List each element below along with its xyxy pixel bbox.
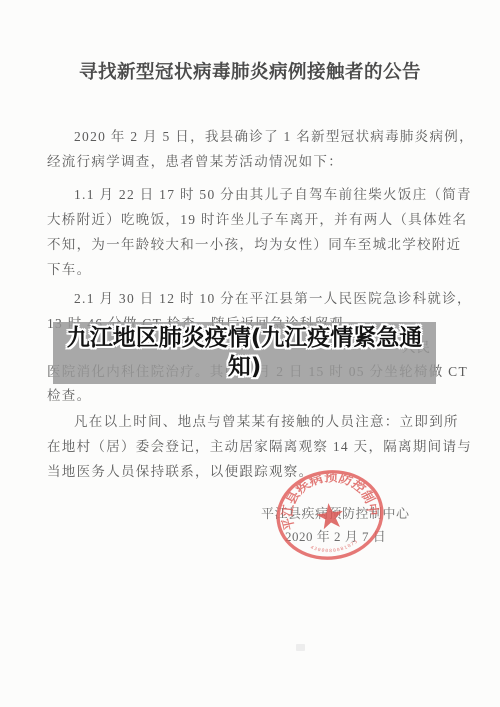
doc-line: 大桥附近）吃晚饭，19 时许坐儿子车离开，并有两人（具体姓名: [47, 208, 457, 228]
caption-line-2: 知): [228, 353, 262, 382]
doc-line: 2020 年 2 月 5 日，我县确诊了 1 名新型冠状病毒肺炎病例，: [47, 125, 484, 145]
doc-line: 2.1 月 30 日 12 时 10 分在平江县第一人民医院急诊科就诊，: [47, 287, 484, 307]
doc-line: 下车。: [47, 258, 457, 278]
doc-line: 当地医务人员保持联系，以便跟踪观察。: [47, 460, 457, 480]
scan-speck: [296, 644, 305, 651]
doc-line: 检查。: [47, 384, 457, 404]
official-seal: 平江县疾病预防控制中心 4300080081073: [263, 455, 396, 575]
caption-line-1: 九江地区肺炎疫情(九江疫情紧急通: [67, 324, 423, 353]
caption-overlay: 九江地区肺炎疫情(九江疫情紧急通 知): [53, 322, 436, 384]
doc-line: 凡在以上时间、地点与曾某某有接触的人员注意：立即到所: [47, 410, 484, 430]
doc-line: 在地村（居）委会登记，主动居家隔离观察 14 天，隔离期间请与: [47, 435, 457, 455]
doc-line: 不知，为一年龄较大和一小孩，均为女性）同车至城北学校附近: [47, 233, 457, 253]
doc-line: 经流行病学调查，患者曾某芳活动情况如下：: [47, 150, 457, 170]
scanned-notice-page: 寻找新型冠状病毒肺炎病例接触者的公告 2020 年 2 月 5 日，我县确诊了 …: [0, 0, 500, 707]
star-icon: [315, 501, 345, 530]
notice-title: 寻找新型冠状病毒肺炎病例接触者的公告: [0, 58, 500, 84]
doc-line: 1.1 月 22 日 17 时 50 分由其儿子自驾车前往柴火饭庄（简青: [47, 183, 484, 203]
